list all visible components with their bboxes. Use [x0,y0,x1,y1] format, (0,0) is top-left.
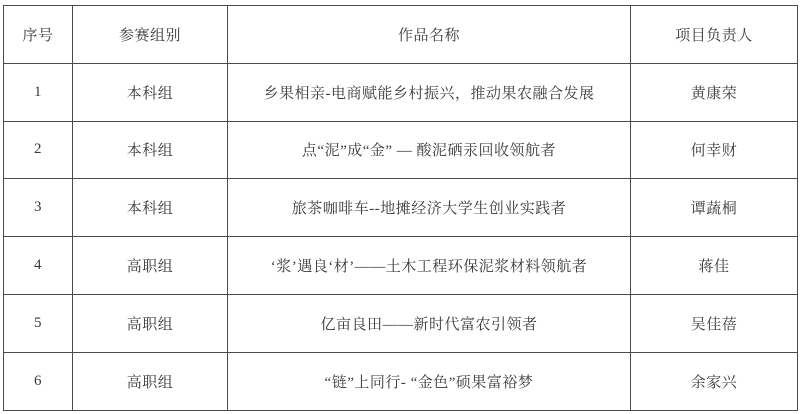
cell-work: “链”上同行- “金色”硕果富裕梦 [228,352,631,410]
cell-leader: 吴佳蓓 [631,294,798,352]
cell-work: 乡果相亲-电商赋能乡村振兴，推动果农融合发展 [228,63,631,121]
cell-work: 点“泥”成“金” — 酸泥硒汞回收领航者 [228,121,631,179]
table-row: 3 本科组 旅茶咖啡车--地摊经济大学生创业实践者 谭蔬桐 [4,179,798,237]
cell-work: 亿亩良田——新时代富农引领者 [228,294,631,352]
cell-no: 2 [4,121,73,179]
header-row: 序号 参赛组别 作品名称 项目负责人 [4,6,798,64]
cell-work: ‘浆’遇良‘材’——土木工程环保泥浆材料领航者 [228,237,631,295]
cell-no: 1 [4,63,73,121]
cell-leader: 余家兴 [631,352,798,410]
table-row: 2 本科组 点“泥”成“金” — 酸泥硒汞回收领航者 何幸财 [4,121,798,179]
document-page: 序号 参赛组别 作品名称 项目负责人 1 本科组 乡果相亲-电商赋能乡村振兴，推… [0,0,800,414]
cell-no: 4 [4,237,73,295]
cell-no: 3 [4,179,73,237]
cell-group: 高职组 [73,294,228,352]
header-cell-group: 参赛组别 [73,6,228,64]
cell-group: 本科组 [73,63,228,121]
table-row: 6 高职组 “链”上同行- “金色”硕果富裕梦 余家兴 [4,352,798,410]
table-row: 4 高职组 ‘浆’遇良‘材’——土木工程环保泥浆材料领航者 蒋佳 [4,237,798,295]
header-cell-leader: 项目负责人 [631,6,798,64]
cell-work: 旅茶咖啡车--地摊经济大学生创业实践者 [228,179,631,237]
cell-group: 高职组 [73,352,228,410]
header-cell-no: 序号 [4,6,73,64]
table-row: 5 高职组 亿亩良田——新时代富农引领者 吴佳蓓 [4,294,798,352]
cell-group: 本科组 [73,179,228,237]
cell-leader: 黄康荣 [631,63,798,121]
header-cell-work: 作品名称 [228,6,631,64]
cell-leader: 蒋佳 [631,237,798,295]
cell-group: 高职组 [73,237,228,295]
cell-leader: 谭蔬桐 [631,179,798,237]
competition-entries-table: 序号 参赛组别 作品名称 项目负责人 1 本科组 乡果相亲-电商赋能乡村振兴，推… [3,5,798,411]
cell-group: 本科组 [73,121,228,179]
table-body: 1 本科组 乡果相亲-电商赋能乡村振兴，推动果农融合发展 黄康荣 2 本科组 点… [4,63,798,410]
cell-leader: 何幸财 [631,121,798,179]
cell-no: 6 [4,352,73,410]
table-row: 1 本科组 乡果相亲-电商赋能乡村振兴，推动果农融合发展 黄康荣 [4,63,798,121]
cell-no: 5 [4,294,73,352]
table-header: 序号 参赛组别 作品名称 项目负责人 [4,6,798,64]
